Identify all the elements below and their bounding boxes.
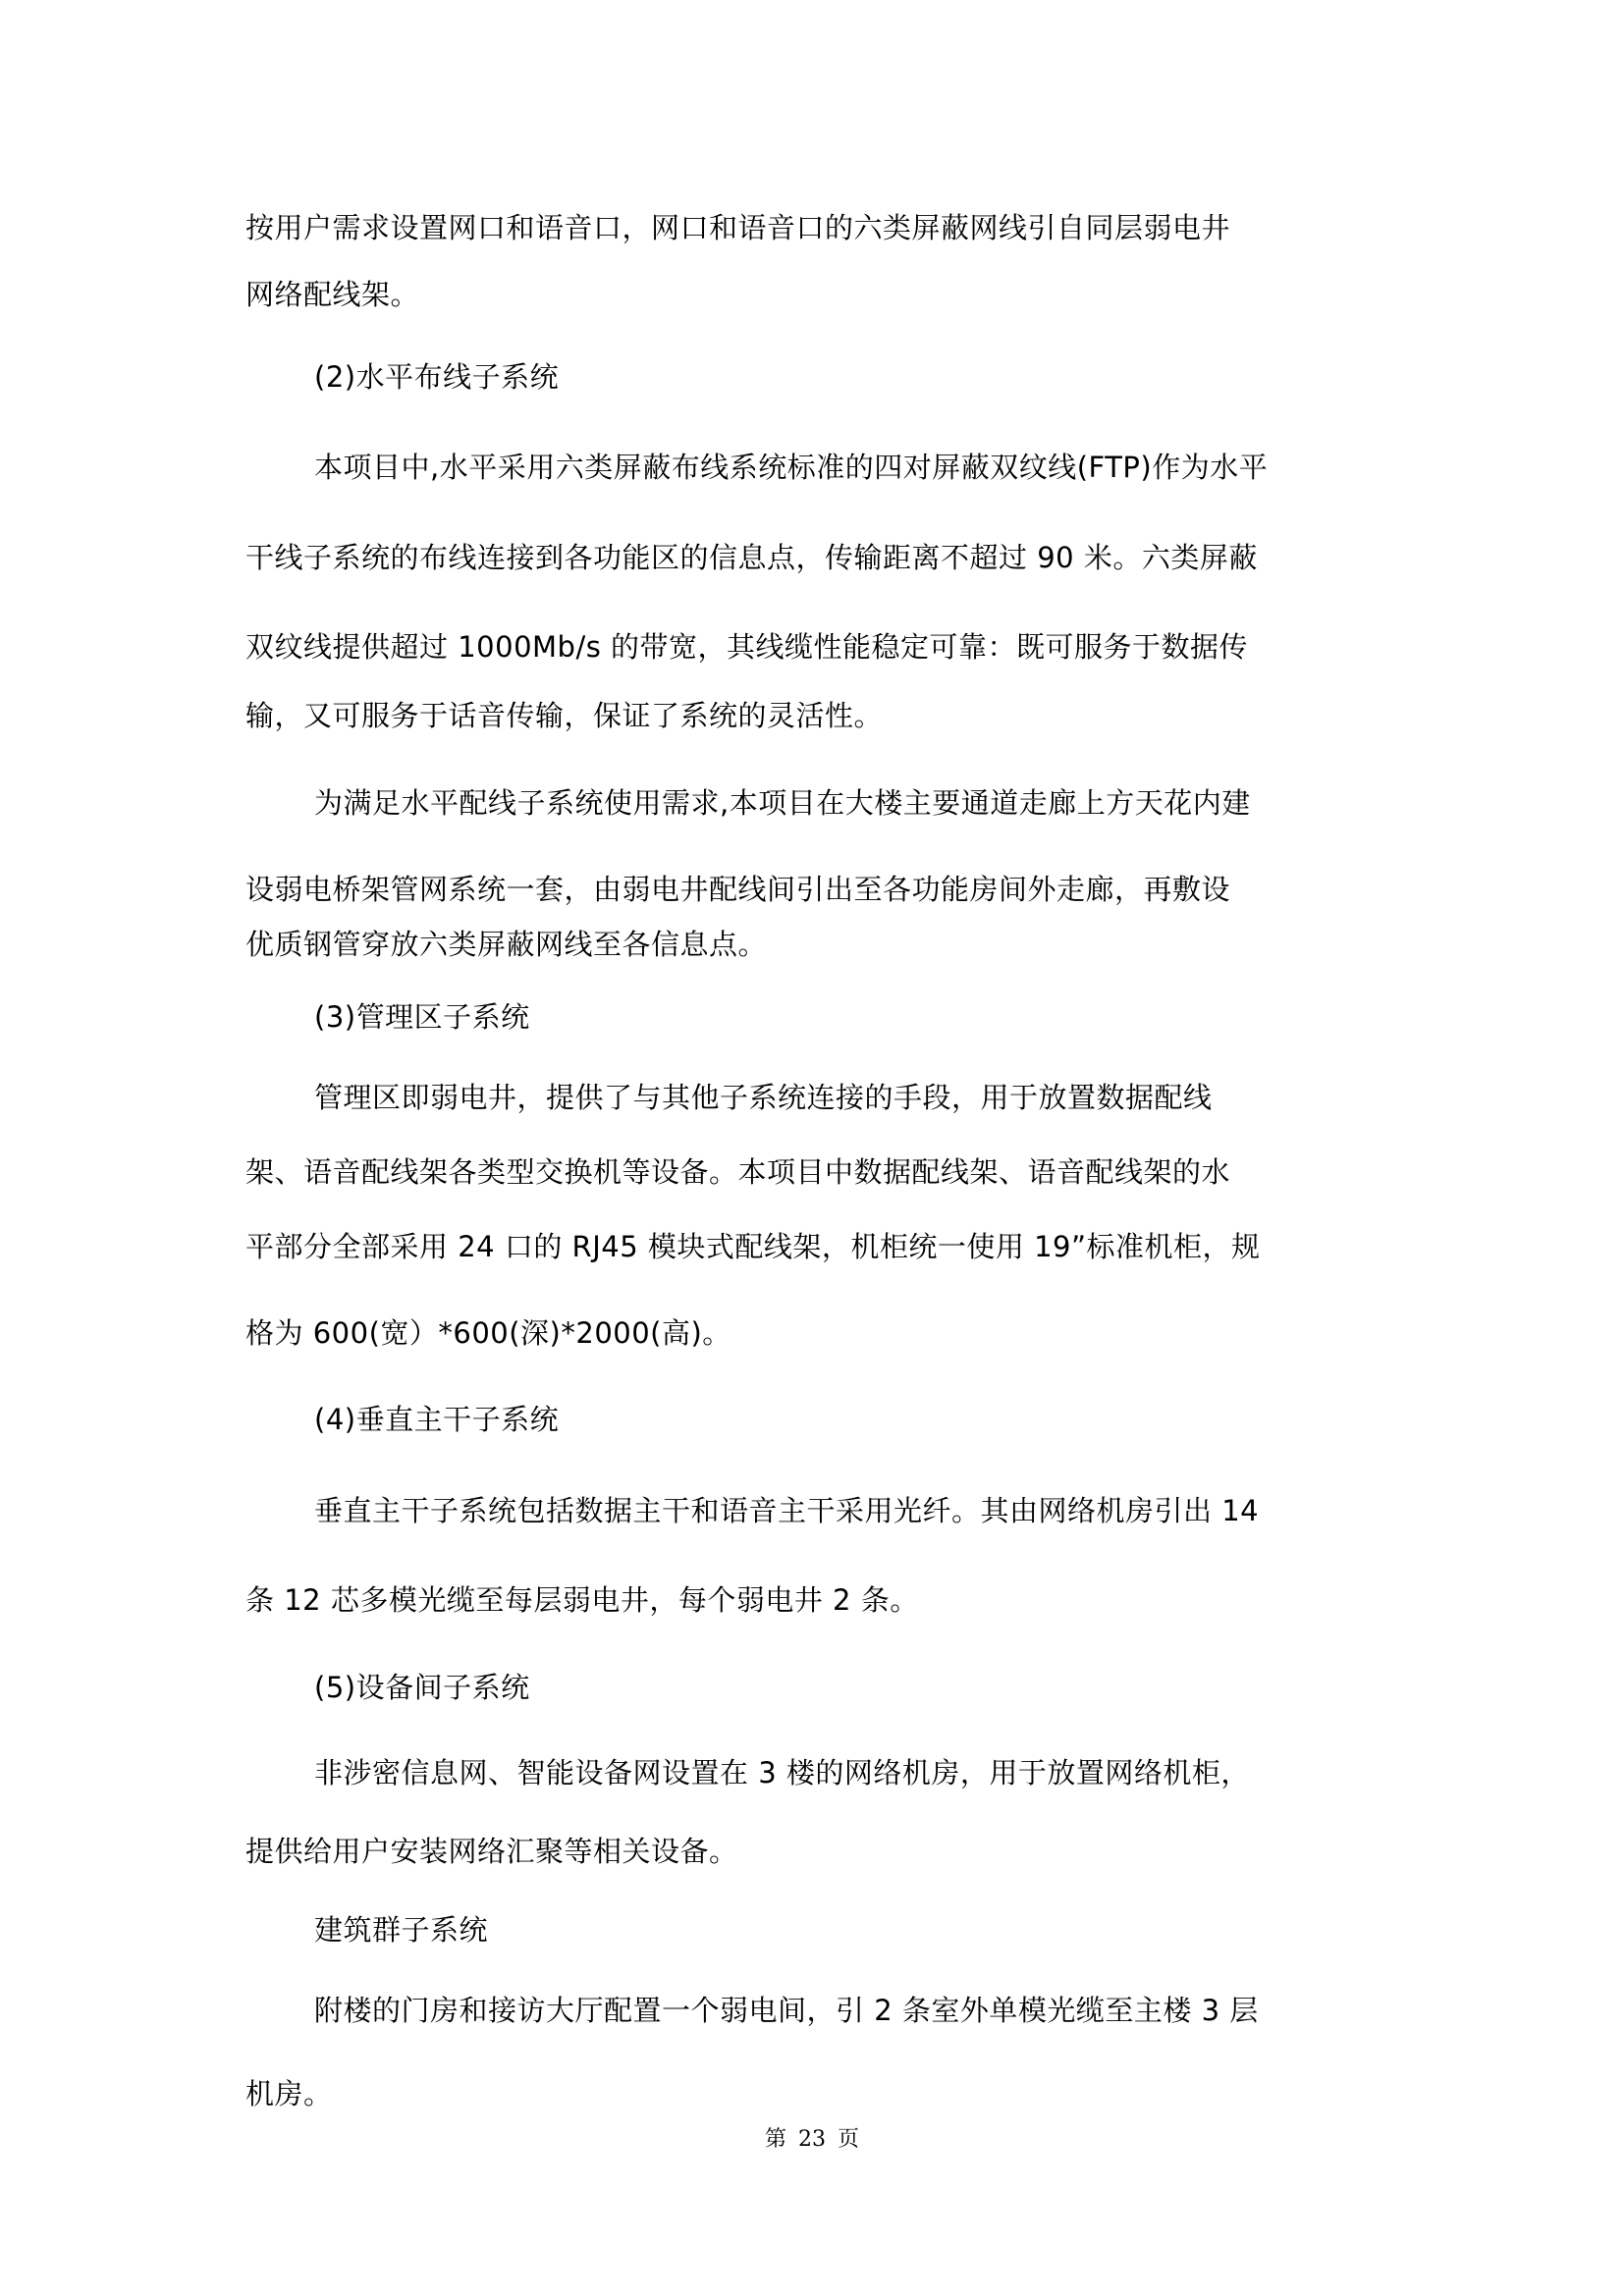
text-line: 机房。 (245, 2076, 333, 2111)
text-line: 非涉密信息网、智能设备网设置在 3 楼的网络机房，用于放置网络机柜， (314, 1755, 1250, 1790)
text-line: (3)管理区子系统 (314, 999, 530, 1035)
text-line: (2)水平布线子系统 (314, 359, 559, 395)
document-page: 按用户需求设置网口和语音口，网口和语音口的六类屏蔽网线引自同层弱电井网络配线架。… (0, 0, 1624, 2296)
text-line: 附楼的门房和接访大厅配置一个弱电间，引 2 条室外单模光缆至主楼 3 层 (314, 1993, 1259, 2028)
page-number: 23 (798, 2127, 826, 2152)
text-line: 输，又可服务于话音传输，保证了系统的灵活性。 (245, 698, 883, 733)
text-line: 网络配线架。 (245, 277, 419, 312)
text-line: 格为 600(宽）*600(深)*2000(高)。 (245, 1315, 731, 1351)
text-line: 平部分全部采用 24 口的 RJ45 模块式配线架，机柜统一使用 19”标准机柜… (245, 1229, 1261, 1264)
text-line: 为满足水平配线子系统使用需求,本项目在大楼主要通道走廊上方天花内建 (314, 785, 1251, 821)
page-footer: 第23页 (0, 2122, 1624, 2153)
text-line: 架、语音配线架各类型交换机等设备。本项目中数据配线架、语音配线架的水 (245, 1154, 1230, 1190)
text-line: (4)垂直主干子系统 (314, 1402, 559, 1437)
text-line: 双纹线提供超过 1000Mb/s 的带宽，其线缆性能稳定可靠：既可服务于数据传 (245, 629, 1248, 665)
footer-prefix: 第 (765, 2127, 786, 2152)
text-line: 本项目中,水平采用六类屏蔽布线系统标准的四对屏蔽双纹线(FTP)作为水平 (314, 450, 1268, 485)
text-line: 提供给用户安装网络汇聚等相关设备。 (245, 1834, 738, 1869)
text-line: 设弱电桥架管网系统一套，由弱电井配线间引出至各功能房间外走廊，再敷设 (245, 872, 1230, 907)
text-line: 垂直主干子系统包括数据主干和语音主干采用光纤。其由网络机房引出 14 (314, 1493, 1259, 1528)
text-line: 建筑群子系统 (314, 1912, 488, 1948)
text-line: 条 12 芯多模光缆至每层弱电井，每个弱电井 2 条。 (245, 1582, 919, 1618)
text-line: 管理区即弱电井，提供了与其他子系统连接的手段，用于放置数据配线 (314, 1080, 1213, 1115)
text-line: 按用户需求设置网口和语音口，网口和语音口的六类屏蔽网线引自同层弱电井 (245, 210, 1230, 245)
text-line: (5)设备间子系统 (314, 1670, 530, 1705)
text-line: 优质钢管穿放六类屏蔽网线至各信息点。 (245, 927, 767, 962)
text-line: 干线子系统的布线连接到各功能区的信息点，传输距离不超过 90 米。六类屏蔽 (245, 540, 1258, 575)
footer-suffix: 页 (838, 2127, 859, 2152)
